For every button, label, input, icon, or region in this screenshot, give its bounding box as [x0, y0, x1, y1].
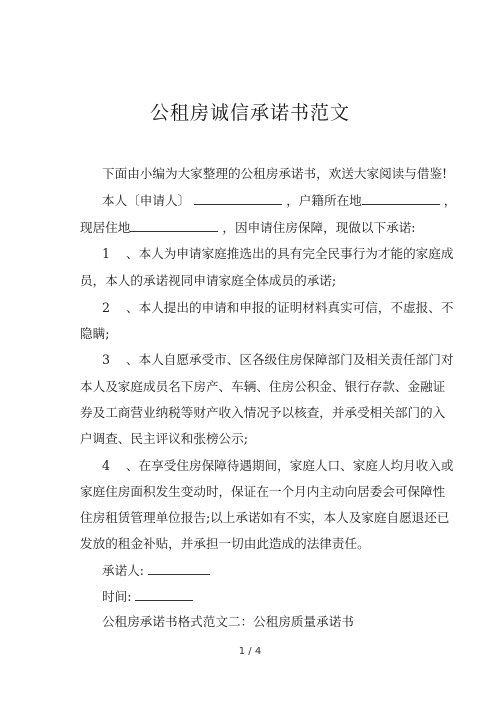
intro-text: 下面由小编为大家整理的公租房承诺书，欢送大家阅读与借鉴! — [102, 163, 442, 182]
next-section-heading: 公租房承诺书格式范文二：公租房质量承诺书 — [102, 611, 442, 630]
residence-line: 现居住地 ，因申请住房保障，现做以下承诺: — [80, 217, 420, 236]
item-4-line-4: 发放的租金补贴，并承担一切由此造成的法律责任。 — [80, 533, 420, 552]
item-number: 3 — [102, 352, 110, 367]
applicant-line: 本人〔申请人〕 ，户籍所在地 ， — [102, 190, 442, 209]
item-4-line-1: 4、在享受住房保障待遇期间，家庭人口、家庭人均月收入或 — [102, 455, 442, 474]
item-text: 、本人自愿承受市、区各级住房保障部门及相关责任部门对 — [126, 352, 453, 367]
page-number: 1 / 4 — [0, 646, 500, 657]
hukou-label: ，户籍所在地 — [286, 193, 362, 208]
comma: ， — [444, 193, 457, 208]
residence-label: 现居住地 — [80, 220, 130, 235]
date-blank — [135, 590, 193, 601]
residence-blank — [130, 221, 218, 232]
signer-line: 承诺人: — [102, 560, 442, 579]
residence-text: ，因申请住房保障，现做以下承诺: — [222, 220, 415, 235]
date-label: 时间: — [102, 589, 131, 604]
date-line: 时间: — [102, 586, 442, 605]
item-2-line-1: 2、本人提出的申请和申报的证明材料真实可信，不虚报、不 — [102, 297, 442, 316]
signer-label: 承诺人: — [102, 563, 144, 578]
item-3-line-4: 户调查、民主评议和张榜公示; — [80, 428, 420, 447]
item-4-line-3: 住房租赁管理单位报告;以上承诺如有不实，本人及家庭自愿退还已 — [80, 507, 420, 526]
item-3-line-3: 券及工商营业纳税等财产收入情况予以核查，并承受相关部门的入 — [80, 402, 420, 421]
hukou-blank — [362, 194, 440, 205]
item-text: 、在享受住房保障待遇期间，家庭人口、家庭人均月收入或 — [126, 458, 453, 473]
item-4-line-2: 家庭住房面积发生变动时，保证在一个月内主动向居委会可保障性 — [80, 481, 420, 500]
item-number: 1 — [102, 246, 110, 261]
item-text: 、本人提出的申请和申报的证明材料真实可信，不虚报、不 — [126, 300, 453, 315]
applicant-label: 本人〔申请人〕 — [102, 193, 190, 208]
item-1-line-1: 1、本人为申请家庭推选出的具有完全民事行为才能的家庭成 — [102, 243, 442, 262]
item-1-line-2: 员，本人的承诺视同申请家庭全体成员的承诺; — [80, 270, 420, 289]
item-3-line-1: 3、本人自愿承受市、区各级住房保障部门及相关责任部门对 — [102, 349, 442, 368]
item-number: 2 — [102, 300, 110, 315]
item-2-line-2: 隐瞒; — [80, 323, 420, 342]
page-title: 公租房诚信承诺书范文 — [0, 98, 500, 125]
item-text: 、本人为申请家庭推选出的具有完全民事行为才能的家庭成 — [126, 246, 453, 261]
applicant-blank — [194, 194, 282, 205]
item-number: 4 — [102, 458, 110, 473]
item-3-line-2: 本人及家庭成员名下房产、车辆、住房公积金、银行存款、金融证 — [80, 376, 420, 395]
signer-blank — [148, 564, 210, 575]
